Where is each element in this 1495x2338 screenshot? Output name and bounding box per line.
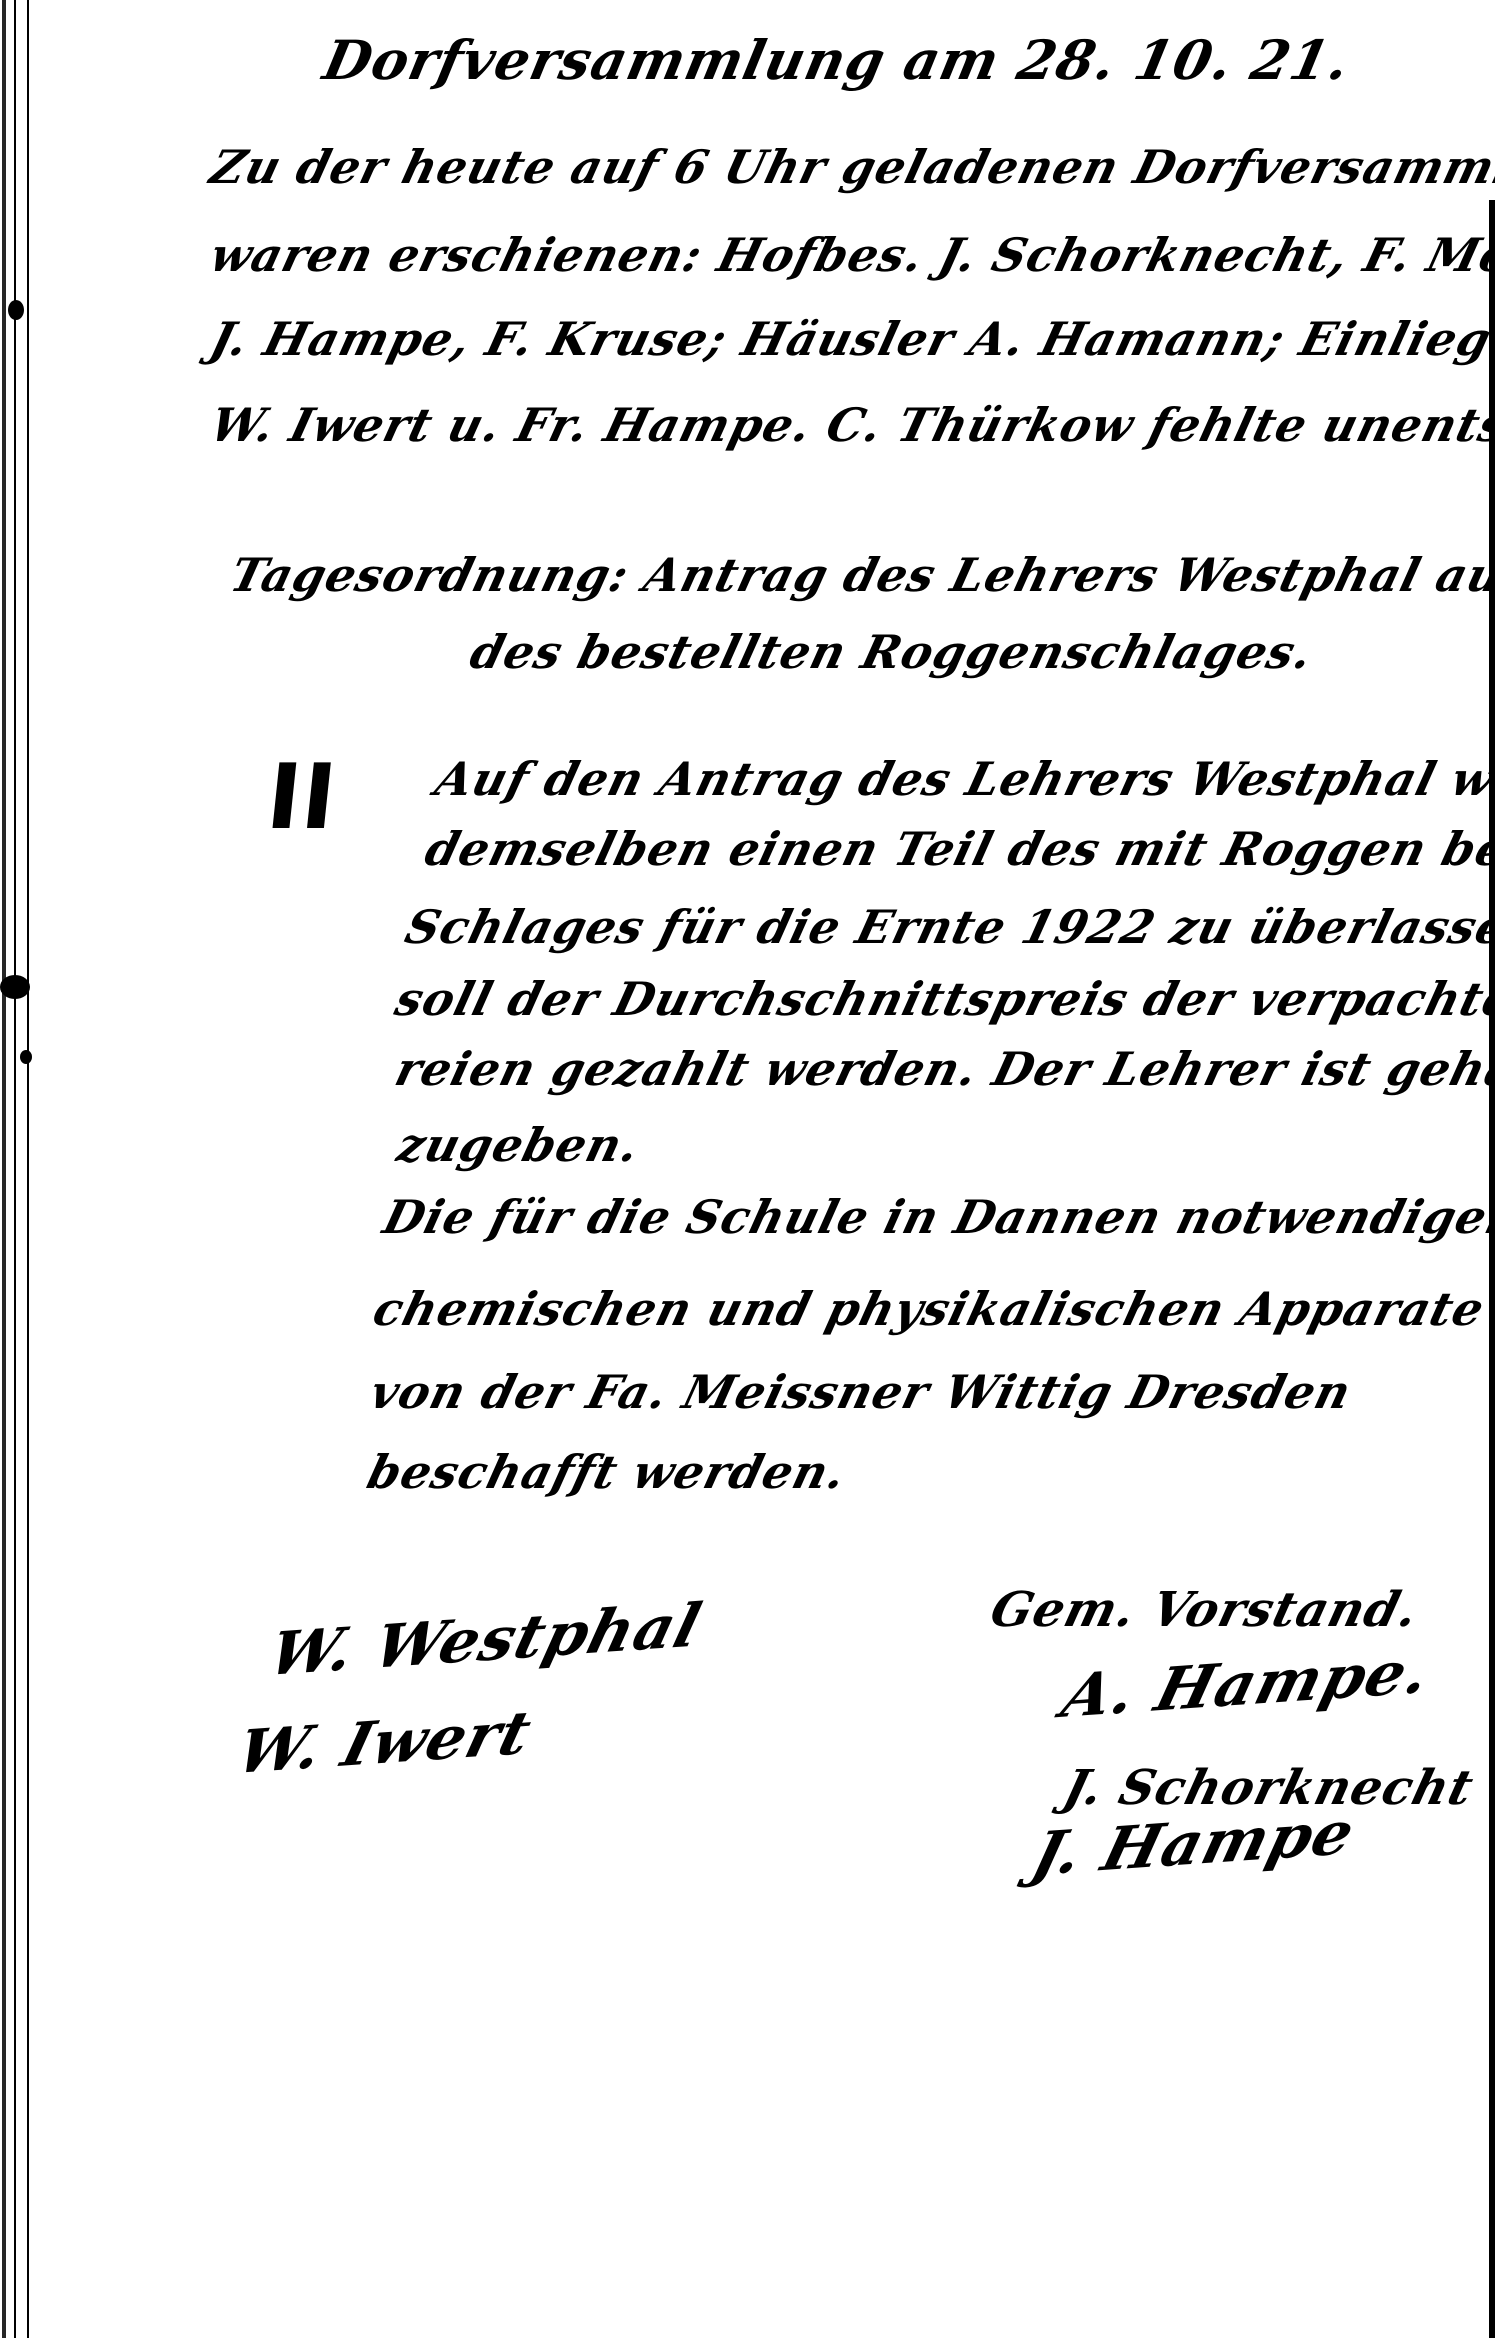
resolution-line: chemischen und physikalischen Apparate s… <box>368 1282 1495 1336</box>
signature-heading: Gem. Vorstand. <box>985 1582 1424 1638</box>
resolution-line: Schlages für die Ernte 1922 zu überlasse… <box>400 900 1495 954</box>
ink-blot <box>8 300 24 320</box>
signature-a-hampe: A. Hampe. <box>1055 1637 1437 1732</box>
agenda-line: Tagesordnung: Antrag des Lehrers Westpha… <box>225 548 1495 602</box>
resolution-line: beschafft werden. <box>362 1445 852 1499</box>
resolution-line: reien gezahlt werden. Der Lehrer ist geh… <box>390 1042 1495 1096</box>
agenda-line: des bestellten Roggenschlages. <box>465 625 1318 679</box>
scanned-page: Dorfversammlung am 28. 10. 21. Zu der he… <box>0 0 1495 2338</box>
binding-rule <box>27 0 29 2338</box>
signature-westphal: W. Westphal <box>262 1591 709 1690</box>
resolution-line: Auf den Antrag des Lehrers Westphal wurd… <box>430 752 1495 806</box>
attendance-line: waren erschienen: Hofbes. J. Schorknecht… <box>205 228 1495 282</box>
attendance-line: J. Hampe, F. Kruse; Häusler A. Hamann; E… <box>205 312 1495 366</box>
ink-blot <box>20 1050 32 1064</box>
resolution-line: von der Fa. Meissner Wittig Dresden <box>365 1365 1357 1419</box>
document-title: Dorfversammlung am 28. 10. 21. <box>318 28 1356 92</box>
resolution-line: zugeben. <box>392 1118 645 1172</box>
section-mark: II <box>262 745 342 850</box>
page-edge-shadow <box>1489 200 1495 2338</box>
attendance-line: Zu der heute auf 6 Uhr geladenen Dorfver… <box>205 140 1495 194</box>
attendance-line: W. Iwert u. Fr. Hampe. C. Thürkow fehlte… <box>205 398 1495 452</box>
binding-rule <box>2 0 6 2338</box>
resolution-line: soll der Durchschnittspreis der verpacht… <box>390 972 1495 1026</box>
ink-blot <box>0 975 30 999</box>
signature-iwert: W. Iwert <box>230 1698 539 1788</box>
resolution-line: Die für die Schule in Dannen notwendigen <box>378 1190 1495 1244</box>
binding-rule <box>14 0 16 2338</box>
resolution-line: demselben einen Teil des mit Roggen best… <box>420 822 1495 876</box>
